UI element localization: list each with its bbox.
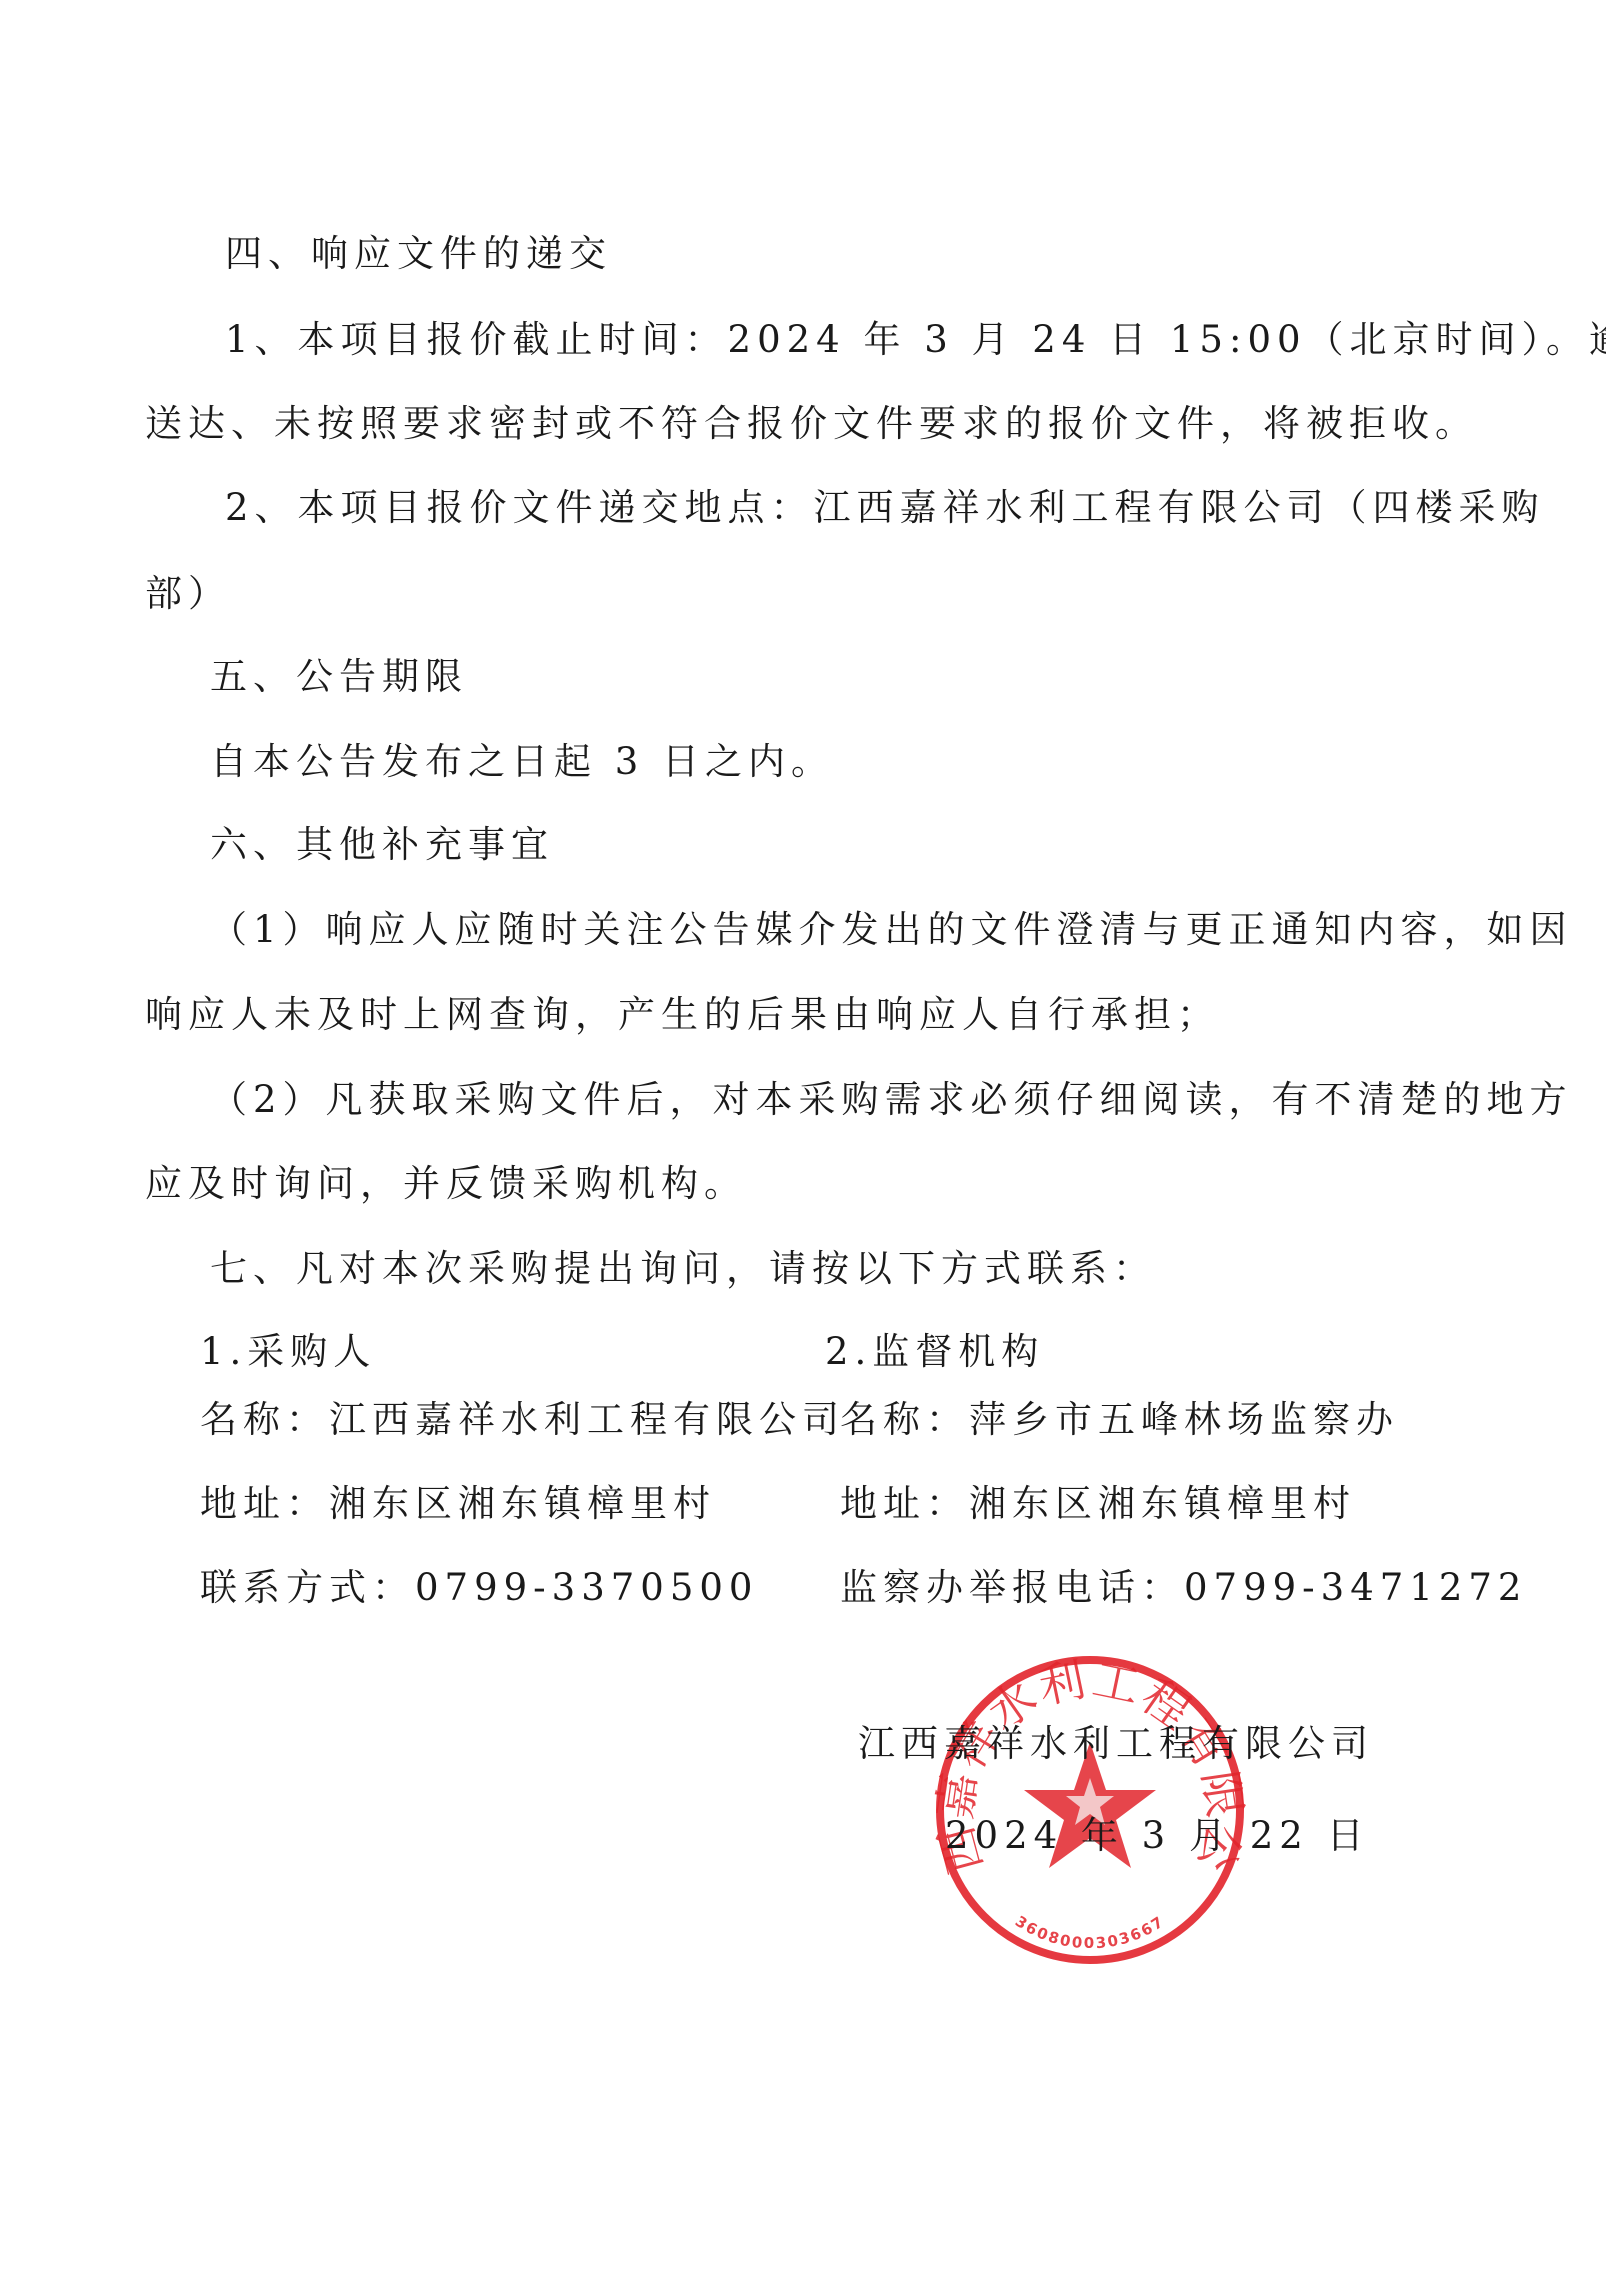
section-6-item-1-line-1: （1）响应人应随时关注公告媒介发出的文件澄清与更正通知内容，如因: [210, 908, 1573, 952]
section-4-item-1-line-1: 1、本项目报价截止时间：2024 年 3 月 24 日 15:00（北京时间）。…: [225, 318, 1606, 362]
section-heading-6: 六、其他补充事宜: [210, 823, 554, 867]
signature-company: 江西嘉祥水利工程有限公司: [858, 1722, 1374, 1766]
purchaser-title: 1.采购人: [200, 1330, 376, 1374]
section-6-item-2-line-1: （2）凡获取采购文件后，对本采购需求必须仔细阅读，有不清楚的地方: [210, 1078, 1573, 1122]
supervisor-title: 2.监督机构: [825, 1330, 1044, 1374]
section-6-item-1-line-2: 响应人未及时上网查询，产生的后果由响应人自行承担；: [145, 993, 1220, 1037]
section-heading-5: 五、公告期限: [210, 655, 468, 699]
signature-date: 2024 年 3 月 22 日: [945, 1814, 1370, 1858]
purchaser-name: 名称：江西嘉祥水利工程有限公司: [200, 1398, 845, 1442]
section-4-item-2-line-1: 2、本项目报价文件递交地点：江西嘉祥水利工程有限公司（四楼采购: [225, 486, 1545, 530]
supervisor-name: 名称：萍乡市五峰林场监察办: [840, 1398, 1399, 1442]
supervisor-address: 地址：湘东区湘东镇樟里村: [840, 1482, 1356, 1526]
official-seal-icon: 江西嘉祥水利工程有限公司 3608000303667: [930, 1650, 1250, 1970]
section-5-body: 自本公告发布之日起 3 日之内。: [210, 740, 834, 784]
section-4-item-1-line-2: 送达、未按照要求密封或不符合报价文件要求的报价文件，将被拒收。: [145, 402, 1478, 446]
section-heading-7: 七、凡对本次采购提出询问，请按以下方式联系：: [210, 1247, 1156, 1291]
supervisor-phone: 监察办举报电话：0799-3471272: [840, 1566, 1527, 1610]
section-4-item-2-line-2: 部）: [145, 572, 231, 616]
purchaser-phone: 联系方式：0799-3370500: [200, 1566, 758, 1610]
section-6-item-2-line-2: 应及时询问，并反馈采购机构。: [145, 1162, 747, 1206]
purchaser-address: 地址：湘东区湘东镇樟里村: [200, 1482, 716, 1526]
section-heading-4: 四、响应文件的递交: [225, 232, 612, 276]
